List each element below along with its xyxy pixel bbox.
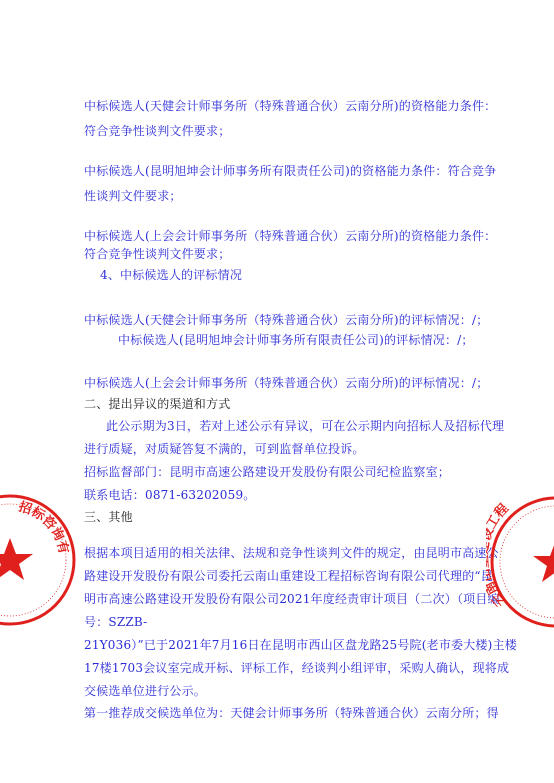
text-line: 中标候选人(昆明旭坤会计师事务所有限责任公司)的资格能力条件：符合竞争 [84,164,496,178]
svg-text:云南山重建设工程: 云南山重建设工程 [486,501,512,610]
star-icon [533,540,554,582]
text-line: 路建设开发股份有限公司委托云南山重建设工程招标咨询有限公司代理的“昆 [84,569,493,583]
text-line: 交候选单位进行公示。 [84,684,206,698]
text-line: 中标候选人(昆明旭坤会计师事务所有限责任公司)的评标情况：/； [118,333,474,347]
text-line: 中标候选人(天健会计师事务所（特殊普通合伙）云南分所)的资格能力条件： [84,99,496,113]
text-line: 性谈判文件要求； [84,189,182,203]
right-seal-text: 云南山重建设工程 [486,501,512,610]
text-line: 中标候选人(天健会计师事务所（特殊普通合伙）云南分所)的评标情况：/； [84,313,488,327]
text-line: 符合竞争性谈判文件要求； [84,124,230,138]
text-line: 明市高速公路建设开发股份有限公司2021年度经责审计项目（二次）（项目编 [84,592,500,606]
section-heading: 二、提出异议的渠道和方式 [84,397,230,411]
text-line: 17楼1703会议室完成开标、评标工作，经谈判小组评审，采购人确认，现将成 [84,661,509,675]
text-line: 进行质疑，对质疑答复不满的，可到监督单位投诉。 [84,442,365,456]
text-line: 中标候选人(上会会计师事务所（特殊普通合伙）云南分所)的评标情况：/； [84,376,488,390]
text-line: 21Y036）”已于2021年7月16日在昆明市西山区盘龙路25号院(老市委大楼… [84,638,517,652]
text-line: 联系电话：0871-63202059。 [84,488,255,502]
star-icon [0,538,33,580]
text-line: 招标监督部门：昆明市高速公路建设开发股份有限公司纪检监察室； [84,465,450,479]
text-line: 根据本项目适用的相关法律、法规和竞争性谈判文件的规定，由昆明市高速公 [84,546,499,560]
section-heading: 三、其他 [84,510,133,524]
text-line: 中标候选人(上会会计师事务所（特殊普通合伙）云南分所)的资格能力条件： [84,229,496,243]
text-line: 此公示期为3日，若对上述公示有异议，可在公示期内向招标人及招标代理 [106,419,504,433]
text-line: 符合竞争性谈判文件要求； [84,247,230,261]
text-line: 号：SZZB- [84,615,147,629]
left-company-seal: 招标咨询有限公司 [0,490,80,630]
text-line: 4、中标候选人的评标情况 [100,268,242,282]
text-line: 第一推荐成交候选单位为：天健会计师事务所（特殊普通合伙）云南分所；得 [84,706,499,720]
right-company-seal: 云南山重建设工程 [486,492,554,632]
